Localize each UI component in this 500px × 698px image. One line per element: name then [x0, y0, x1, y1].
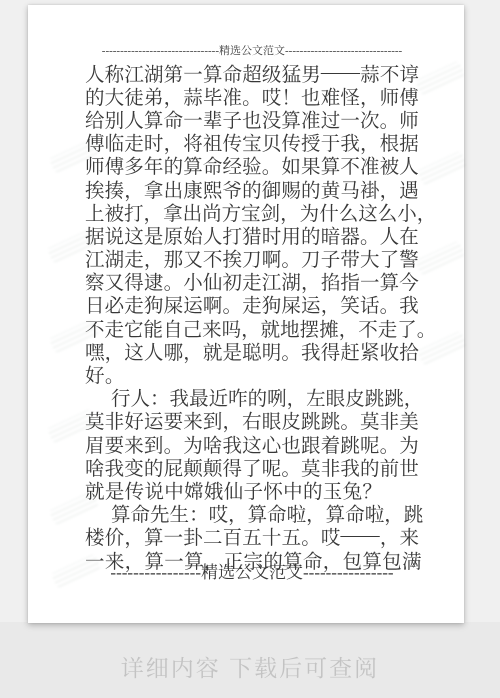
text-line: 察又得逮。小仙初走江湖，掐指一算今 — [85, 270, 419, 293]
page-footer: ----------------精选公文范文---------------- — [85, 564, 419, 582]
document-page: --------------------------------精选公文范文--… — [28, 5, 464, 623]
document-preview-screen: --------------------------------精选公文范文--… — [0, 0, 500, 698]
text-line: 楼价，算一卦二百五十五。哎——，来 — [85, 525, 419, 548]
text-line: 莫非好运要来到，右眼皮跳跳。莫非美 — [85, 409, 419, 432]
text-line: 算命先生：哎，算命啦，算命啦，跳 — [85, 502, 419, 525]
text-line: 行人：我最近咋的咧，左眼皮跳跳， — [85, 386, 419, 409]
text-line: 上被打，拿出尚方宝剑，为什么这么小， — [85, 200, 419, 223]
text-line: 江湖走，那又不挨刀啊。刀子带大了警 — [85, 247, 419, 270]
page-number: 2 — [411, 559, 416, 570]
text-line: 不走它能自己来吗，就地摆摊，不走了。 — [85, 316, 419, 339]
text-line: 挨揍，拿出康熙爷的御赐的黄马褂，遇 — [85, 177, 419, 200]
paragraph: 行人：我最近咋的咧，左眼皮跳跳，莫非好运要来到，右眼皮跳跳。莫非美眉要来到。为啥… — [85, 386, 419, 502]
page-header: --------------------------------精选公文范文--… — [85, 45, 419, 57]
watermark-smudge — [415, 241, 465, 276]
paragraph: 算命先生：哎，算命啦，算命啦，跳楼价，算一卦二百五十五。哎——，来一来，算一算，… — [85, 502, 419, 572]
watermark-smudge — [415, 61, 465, 96]
watermark-smudge — [51, 554, 101, 589]
document-body: 人称江湖第一算命超级猛男——蒜不谆的大徒弟，蒜毕准。哎！也难怪，师傅给别人算命一… — [85, 61, 419, 571]
text-line: 人称江湖第一算命超级猛男——蒜不谆 — [85, 61, 419, 84]
paragraph: 人称江湖第一算命超级猛男——蒜不谆的大徒弟，蒜毕准。哎！也难怪，师傅给别人算命一… — [85, 61, 419, 386]
text-line: 给别人算命一辈子也没算准过一次。师 — [85, 107, 419, 130]
text-line: 眉要来到。为啥我这心也跟着跳呢。为 — [85, 432, 419, 455]
text-line: 傅临走时，将祖传宝贝传授于我，根据 — [85, 131, 419, 154]
text-line: 师傅多年的算命经验。如果算不准被人 — [85, 154, 419, 177]
text-line: 日必走狗屎运啊。走狗屎运，笑话。我 — [85, 293, 419, 316]
watermark-smudge — [417, 151, 467, 186]
text-line: 嘿，这人哪，就是聪明。我得赶紧收拾 — [85, 339, 419, 362]
text-line: 据说这是原始人打猎时用的暗器。人在 — [85, 223, 419, 246]
text-line: 啥我变的屁颠颠得了呢。莫非我的前世 — [85, 455, 419, 478]
download-hint-caption: 详细内容 下载后可查阅 — [0, 650, 500, 683]
text-line: 的大徒弟，蒜毕准。哎！也难怪，师傅 — [85, 84, 419, 107]
text-line: 好。 — [85, 362, 419, 385]
text-line: 就是传说中嫦娥仙子怀中的玉兔？ — [85, 478, 419, 501]
